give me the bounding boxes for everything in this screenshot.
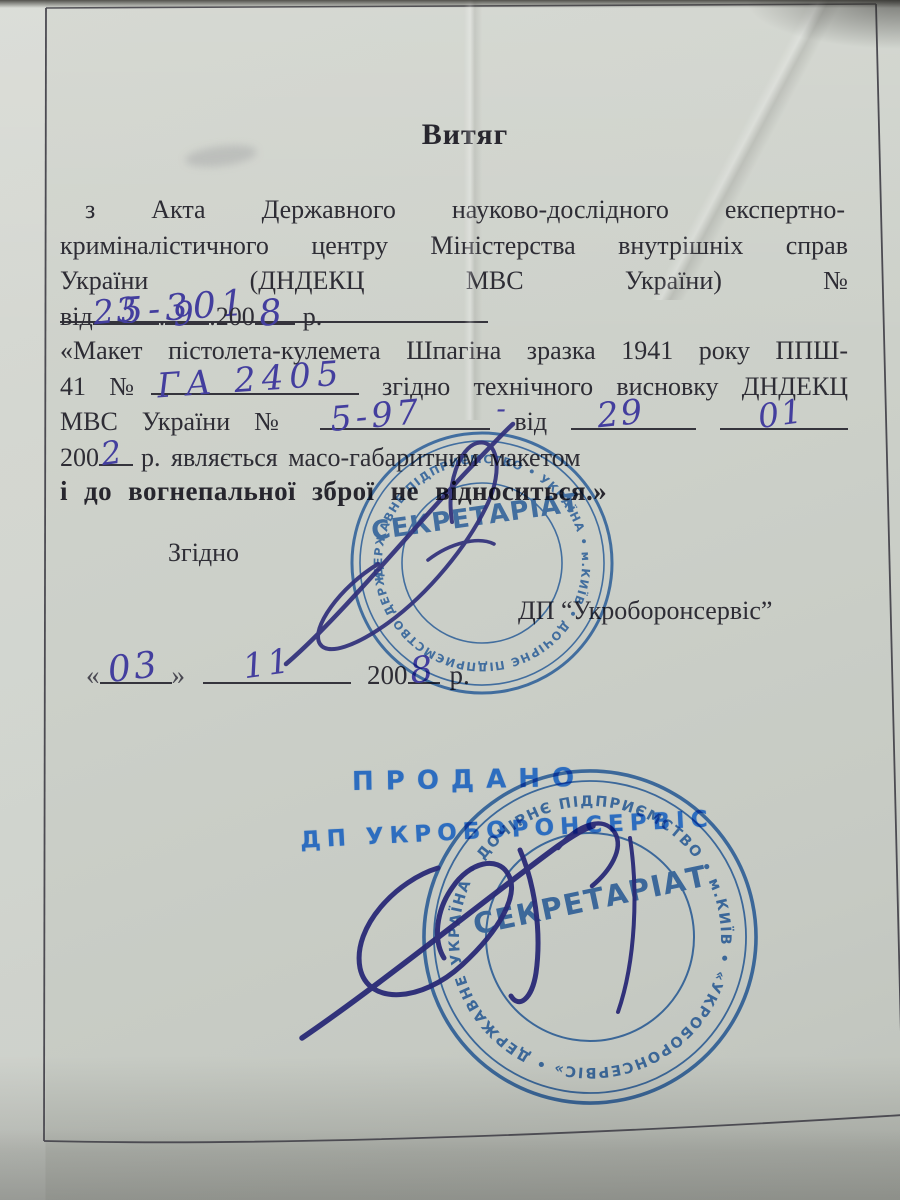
signature-bottom-stroke bbox=[618, 838, 634, 1012]
signature-bottom-slash bbox=[302, 826, 593, 1038]
photo-bottom-shade bbox=[0, 1130, 900, 1200]
stamp-bottom-ring-text: УКРАЇНА • ДОЧІРНЄ ПІДПРИЄМСТВО • м.КИЇВ … bbox=[420, 767, 760, 1106]
secretariat-stamp-bottom: УКРАЇНА • ДОЧІРНЄ ПІДПРИЄМСТВО • м.КИЇВ … bbox=[393, 740, 787, 1134]
stamp-top-ring-text: ДЕРЖАВНЕ ПІДПРИЄМСТВО • УКРАЇНА • м.КИЇВ… bbox=[356, 437, 607, 688]
signature-top-loop bbox=[318, 442, 497, 649]
paper-vertical-crease bbox=[440, 0, 500, 420]
document-photo: Витяг з Акта Державного науково-дослідно… bbox=[0, 0, 900, 1200]
photo-corner-shadow bbox=[640, 0, 900, 90]
stamp-bottom-inner-circle bbox=[467, 814, 714, 1061]
